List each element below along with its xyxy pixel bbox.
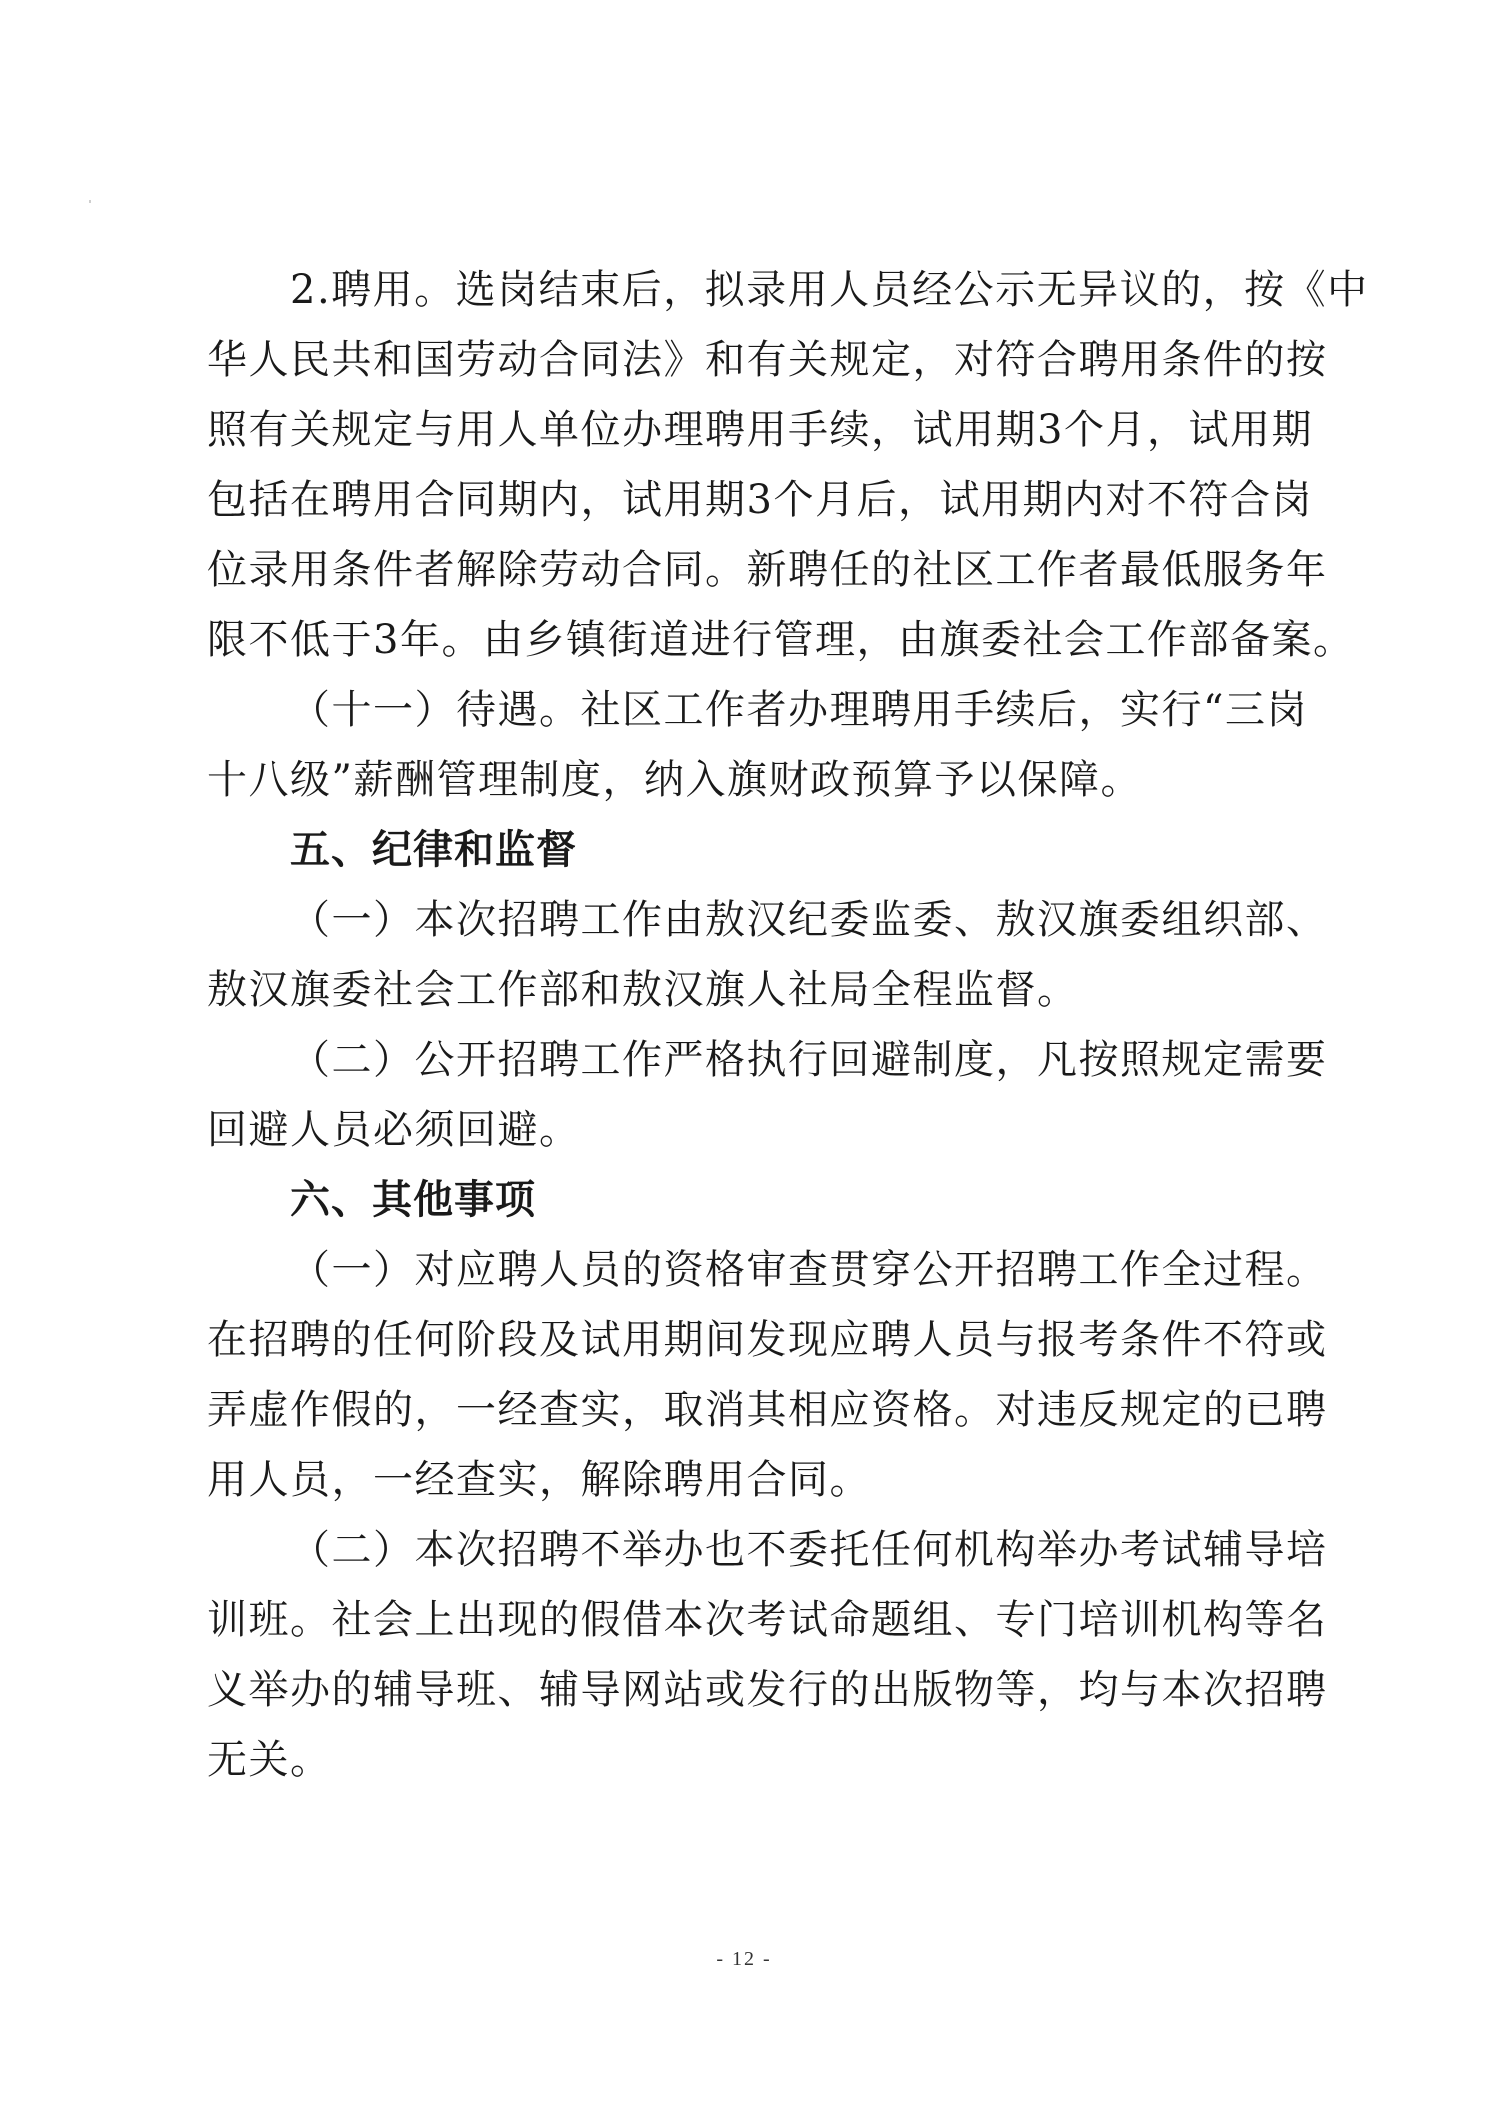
paragraph-line: 在招聘的任何阶段及试用期间发现应聘人员与报考条件不符或: [207, 1305, 1289, 1375]
paragraph-line: （二）本次招聘不举办也不委托任何机构举办考试辅导培: [290, 1515, 1289, 1585]
paragraph-line: 2.聘用。选岗结束后，拟录用人员经公示无异议的，按《中: [290, 255, 1289, 325]
section-heading-discipline: 五、纪律和监督: [290, 815, 577, 885]
paragraph-line: 无关。: [207, 1725, 1289, 1795]
scan-speck: [89, 200, 91, 203]
paragraph-line: （一）本次招聘工作由敖汉纪委监委、敖汉旗委组织部、: [290, 885, 1289, 955]
paragraph-line: 义举办的辅导班、辅导网站或发行的出版物等，均与本次招聘: [207, 1655, 1289, 1725]
page-number: - 12 -: [0, 1948, 1488, 1971]
paragraph-line: （二）公开招聘工作严格执行回避制度，凡按照规定需要: [290, 1025, 1289, 1095]
paragraph-line: 用人员，一经查实，解除聘用合同。: [207, 1445, 1289, 1515]
paragraph-line: 位录用条件者解除劳动合同。新聘任的社区工作者最低服务年: [207, 535, 1289, 605]
paragraph-line: 弄虚作假的，一经查实，取消其相应资格。对违反规定的已聘: [207, 1375, 1289, 1445]
paragraph-line: 华人民共和国劳动合同法》和有关规定，对符合聘用条件的按: [207, 325, 1289, 395]
paragraph-line: 包括在聘用合同期内，试用期3个月后，试用期内对不符合岗: [207, 465, 1289, 535]
paragraph-line: （一）对应聘人员的资格审查贯穿公开招聘工作全过程。: [290, 1235, 1289, 1305]
paragraph-line: 限不低于3年。由乡镇街道进行管理，由旗委社会工作部备案。: [207, 605, 1289, 675]
paragraph-line: 回避人员必须回避。: [207, 1095, 1289, 1165]
paragraph-line: 十八级”薪酬管理制度，纳入旗财政预算予以保障。: [207, 745, 1289, 815]
paragraph-line: 敖汉旗委社会工作部和敖汉旗人社局全程监督。: [207, 955, 1289, 1025]
paragraph-line: （十一）待遇。社区工作者办理聘用手续后，实行“三岗: [290, 675, 1289, 745]
paragraph-line: 训班。社会上出现的假借本次考试命题组、专门培训机构等名: [207, 1585, 1289, 1655]
document-page: 2.聘用。选岗结束后，拟录用人员经公示无异议的，按《中 华人民共和国劳动合同法》…: [0, 0, 1488, 2104]
section-heading-other-matters: 六、其他事项: [290, 1165, 536, 1235]
paragraph-line: 照有关规定与用人单位办理聘用手续，试用期3个月，试用期: [207, 395, 1289, 465]
